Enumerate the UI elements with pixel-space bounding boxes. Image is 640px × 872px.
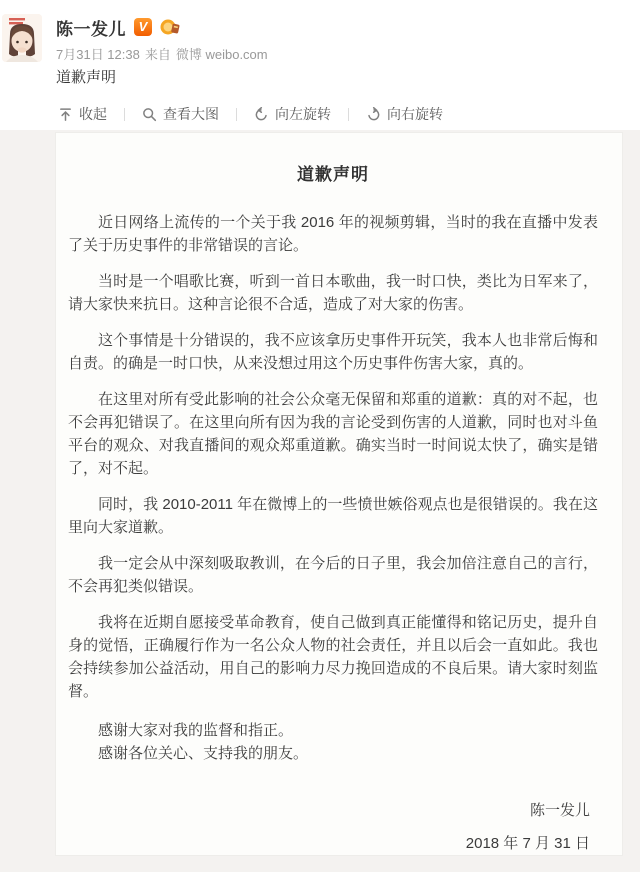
rotate-right-button[interactable]: 向右旋转: [366, 104, 443, 124]
rotate-right-icon: [366, 107, 381, 122]
document-paragraph: 近日网络上流传的一个关于我 2016 年的视频剪辑，当时的我在直播中发表了关于历…: [68, 211, 598, 257]
collapse-button[interactable]: 收起: [58, 104, 107, 124]
post-meta: 7月31日 12:38 来自 微博 weibo.com: [56, 44, 268, 63]
verified-badge-icon: V: [134, 18, 152, 36]
thanks-block: 感谢大家对我的监督和指正。 感谢各位关心、支持我的朋友。: [68, 719, 598, 765]
document-paragraph: 当时是一个唱歌比赛，听到一首日本歌曲，我一时口快，类比为日军来了，请大家快来抗日…: [68, 270, 598, 316]
username[interactable]: 陈一发儿: [56, 15, 126, 40]
membership-medal-icon: [159, 18, 181, 37]
avatar-illustration: [2, 14, 42, 62]
image-toolbar: 收起 查看大图 向左旋转 向右旋转: [0, 98, 640, 130]
document-paragraph: 在这里对所有受此影响的社会公众毫无保留和郑重的道歉：真的对不起，也不会再犯错误了…: [68, 388, 598, 480]
rotate-left-button[interactable]: 向左旋转: [254, 104, 331, 124]
post-text: 道歉声明: [56, 66, 116, 87]
document-paragraph: 我将在近期自愿接受革命教育，使自己做到真正能懂得和铭记历史，提升自身的觉悟，正确…: [68, 611, 598, 703]
document-title: 道歉声明: [68, 165, 598, 185]
image-viewer-section: 道歉声明 近日网络上流传的一个关于我 2016 年的视频剪辑，当时的我在直播中发…: [0, 130, 640, 872]
rotate-right-label: 向右旋转: [387, 104, 443, 124]
collapse-label: 收起: [79, 104, 107, 124]
document-paragraph: 我一定会从中深刻吸取教训，在今后的日子里，我会加倍注意自己的言行，不会再犯类似错…: [68, 552, 598, 598]
rotate-left-label: 向左旋转: [275, 104, 331, 124]
signature: 陈一发儿: [68, 799, 598, 822]
view-large-image-button[interactable]: 查看大图: [142, 104, 219, 124]
toolbar-separator: [124, 108, 125, 121]
document-paragraph: 这个事情是十分错误的，我不应该拿历史事件开玩笑，我本人也非常后悔和自责。的确是一…: [68, 329, 598, 375]
rotate-left-icon: [254, 107, 269, 122]
document-date: 2018 年 7 月 31 日: [68, 832, 598, 855]
collapse-up-icon: [58, 107, 73, 122]
zoom-magnifier-icon: [142, 107, 157, 122]
apology-document-image[interactable]: 道歉声明 近日网络上流传的一个关于我 2016 年的视频剪辑，当时的我在直播中发…: [55, 132, 623, 856]
source-label: 来自: [145, 44, 171, 63]
source-link[interactable]: 微博 weibo.com: [176, 44, 268, 63]
toolbar-separator: [348, 108, 349, 121]
timestamp[interactable]: 7月31日 12:38: [56, 44, 140, 63]
avatar[interactable]: [2, 14, 42, 62]
weibo-post-page: { "header": { "username": "陈一发儿", "verif…: [0, 0, 640, 872]
toolbar-separator: [236, 108, 237, 121]
document-paragraph: 同时，我 2010-2011 年在微博上的一些愤世嫉俗观点也是很错误的。我在这里…: [68, 493, 598, 539]
view-large-image-label: 查看大图: [163, 104, 219, 124]
post-header: 陈一发儿 V 7月31日 12:38 来自 微博 weibo.com 道歉声明: [0, 0, 640, 100]
thanks-line: 感谢大家对我的监督和指正。: [68, 719, 598, 742]
thanks-line: 感谢各位关心、支持我的朋友。: [68, 742, 598, 765]
